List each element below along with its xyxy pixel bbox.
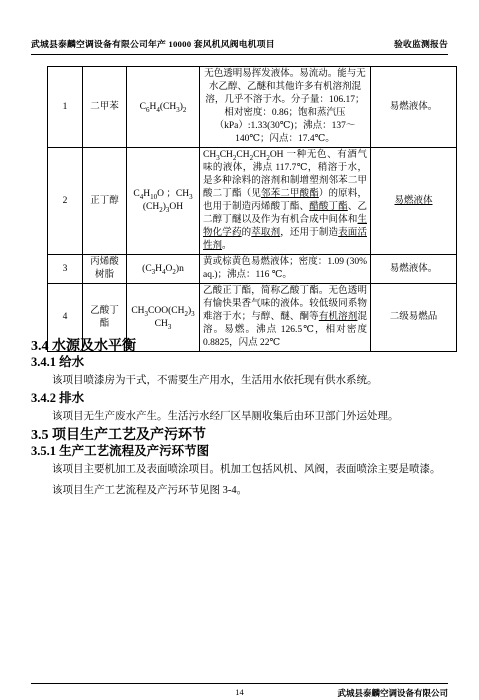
paragraph-process-overview: 该项目主要机加工及表面喷涂项目。机加工包括风机、风阀，表面喷涂主要是喷漆。 — [31, 459, 448, 480]
document-page: 武城县泰麟空调设备有限公司年产 10000 套风机风阀电机项目 验收监测报告 1… — [0, 0, 479, 700]
formula-cell: (C3H4O2)n — [127, 255, 200, 284]
paragraph-drainage: 该项目无生产废水产生。生活污水经厂区旱厕收集后由环卫部门外运处理。 — [31, 406, 448, 427]
description-cell: CH3CH2CH2CH2OH 一种无色、有酒气味的液体，沸点 117.7℃，稍溶… — [200, 148, 371, 255]
chemical-name-cell: 二甲苯 — [83, 67, 127, 148]
chemical-name-cell: 正丁醇 — [83, 148, 127, 255]
chemical-name-cell: 丙烯酸树脂 — [83, 255, 127, 284]
hazard-class-cell: 易燃液体 — [371, 148, 457, 255]
formula-cell: C6H4(CH3)2 — [127, 67, 200, 148]
page-footer: 14 武城县泰麟空调设备有限公司 — [31, 683, 448, 698]
row-number-cell: 3 — [48, 255, 83, 284]
description-cell: 无色透明易挥发液体。易流动。能与无水乙醇、乙醚和其他许多有机溶剂混溶，几乎不溶于… — [200, 67, 371, 148]
paragraph-process-figure-ref: 该项目生产工艺流程及产污环节见图 3-4。 — [31, 480, 448, 501]
header-report-type: 验收监测报告 — [394, 37, 448, 50]
footer-page-number: 14 — [235, 687, 244, 697]
table-row: 2正丁醇C4H10O ；CH3(CH2)3OHCH3CH2CH2CH2OH 一种… — [48, 148, 457, 255]
description-cell: 黄或棕黄色易燃液体；密度：1.09 (30% aq.)；沸点：116 ℃。 — [200, 255, 371, 284]
hazard-class-cell: 易燃液体。 — [371, 67, 457, 148]
paragraph-water-supply: 该项目喷漆房为干式，不需要生产用水，生活用水依托现有供水系统。 — [31, 370, 448, 391]
table-row: 3丙烯酸树脂(C3H4O2)n黄或棕黄色易燃液体；密度：1.09 (30% aq… — [48, 255, 457, 284]
section-3-5-heading: 3.5 项目生产工艺及产污环节 — [31, 427, 448, 444]
section-3-4-heading: 3.4 水源及水平衡 — [31, 338, 448, 355]
table-row: 1二甲苯C6H4(CH3)2无色透明易挥发液体。易流动。能与无水乙醇、乙醚和其他… — [48, 67, 457, 148]
hazard-class-cell: 易燃液体。 — [371, 255, 457, 284]
page-header: 武城县泰麟空调设备有限公司年产 10000 套风机风阀电机项目 验收监测报告 — [31, 37, 448, 55]
footer-company-name: 武城县泰麟空调设备有限公司 — [337, 687, 448, 699]
section-3-5-1-heading: 3.5.1 生产工艺流程及产污环节图 — [31, 444, 448, 459]
chemical-properties-table: 1二甲苯C6H4(CH3)2无色透明易挥发液体。易流动。能与无水乙醇、乙醚和其他… — [47, 66, 457, 352]
section-3-4-2-heading: 3.4.2 排水 — [31, 391, 448, 406]
document-body: 3.4 水源及水平衡 3.4.1 给水 该项目喷漆房为干式，不需要生产用水，生活… — [31, 338, 448, 501]
row-number-cell: 1 — [48, 67, 83, 148]
header-project-title: 武城县泰麟空调设备有限公司年产 10000 套风机风阀电机项目 — [31, 37, 275, 50]
formula-cell: C4H10O ；CH3(CH2)3OH — [127, 148, 200, 255]
section-3-4-1-heading: 3.4.1 给水 — [31, 355, 448, 370]
row-number-cell: 2 — [48, 148, 83, 255]
